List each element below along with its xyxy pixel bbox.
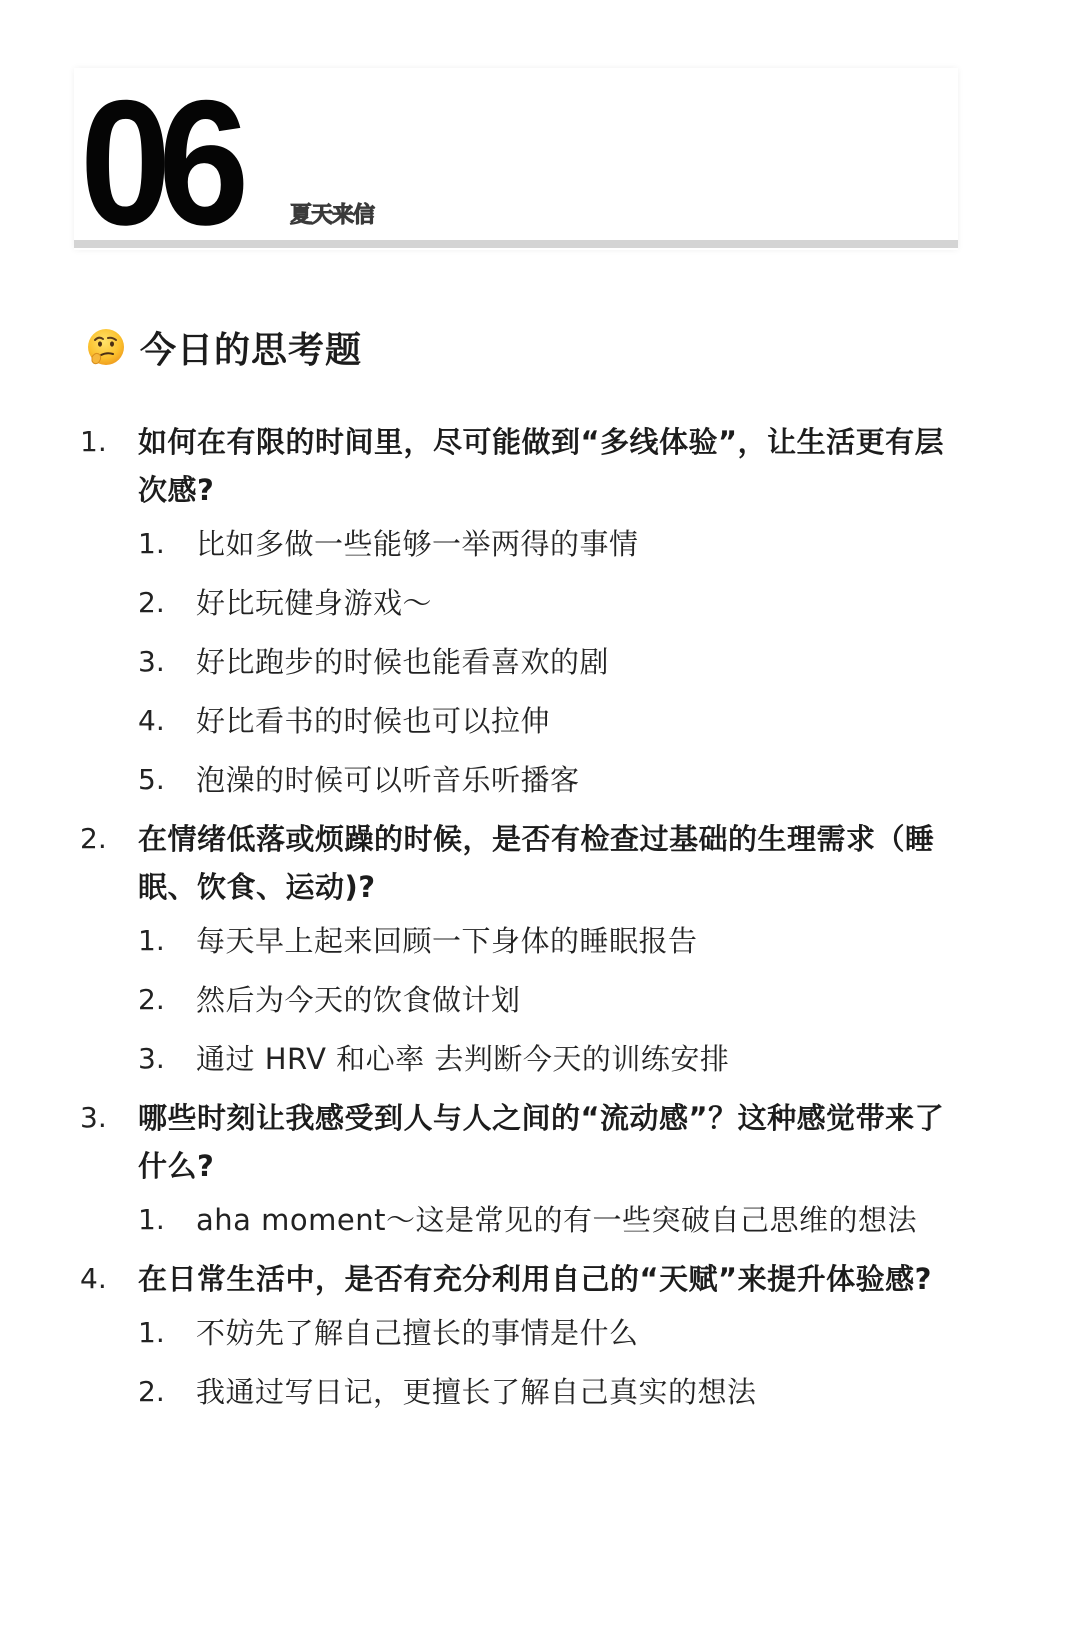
list-item-text: 我通过写日记，更擅长了解自己真实的想法 xyxy=(196,1368,960,1416)
section-heading: 今日的思考题 xyxy=(84,322,362,373)
list-item-text: 好比跑步的时候也能看喜欢的剧 xyxy=(196,638,960,686)
question-text: 在日常生活中，是否有充分利用自己的“天赋”来提升体验感? xyxy=(138,1255,960,1303)
question-block: 1. 如何在有限的时间里，尽可能做到“多线体验”，让生活更有层次感? 1.比如多… xyxy=(80,418,960,804)
question-number: 4. xyxy=(80,1255,107,1303)
list-item-number: 1. xyxy=(138,1309,165,1357)
list-item: 1.不妨先了解自己擅长的事情是什么 xyxy=(138,1309,960,1357)
list-item-text: 不妨先了解自己擅长的事情是什么 xyxy=(196,1309,960,1357)
list-item-text: 每天早上起来回顾一下身体的睡眠报告 xyxy=(196,917,960,965)
list-item-number: 2. xyxy=(138,976,165,1024)
sub-list: 1.不妨先了解自己擅长的事情是什么 2.我通过写日记，更擅长了解自己真实的想法 xyxy=(80,1309,960,1416)
question-list: 1. 如何在有限的时间里，尽可能做到“多线体验”，让生活更有层次感? 1.比如多… xyxy=(80,418,960,1427)
section-title: 今日的思考题 xyxy=(140,322,362,373)
list-item: 4.好比看书的时候也可以拉伸 xyxy=(138,697,960,745)
question-text: 哪些时刻让我感受到人与人之间的“流动感”？这种感觉带来了什么? xyxy=(138,1094,960,1190)
list-item: 3.通过 HRV 和心率 去判断今天的训练安排 xyxy=(138,1035,960,1083)
sub-list: 1.每天早上起来回顾一下身体的睡眠报告 2.然后为今天的饮食做计划 3.通过 H… xyxy=(80,917,960,1083)
list-item: 1.每天早上起来回顾一下身体的睡眠报告 xyxy=(138,917,960,965)
list-item-number: 4. xyxy=(138,697,165,745)
list-item: 2.我通过写日记，更擅长了解自己真实的想法 xyxy=(138,1368,960,1416)
list-item: 3.好比跑步的时候也能看喜欢的剧 xyxy=(138,638,960,686)
list-item: 1.比如多做一些能够一举两得的事情 xyxy=(138,520,960,568)
list-item-text: 通过 HRV 和心率 去判断今天的训练安排 xyxy=(196,1035,960,1083)
list-item: 1.aha moment～这是常见的有一些突破自己思维的想法 xyxy=(138,1196,960,1244)
question-block: 3. 哪些时刻让我感受到人与人之间的“流动感”？这种感觉带来了什么? 1.aha… xyxy=(80,1094,960,1244)
list-item-number: 1. xyxy=(138,917,165,965)
question-item: 1. 如何在有限的时间里，尽可能做到“多线体验”，让生活更有层次感? xyxy=(80,418,960,514)
list-item-number: 5. xyxy=(138,756,165,804)
sub-list: 1.比如多做一些能够一举两得的事情 2.好比玩健身游戏～ 3.好比跑步的时候也能… xyxy=(80,520,960,804)
thinking-face-icon xyxy=(84,327,126,369)
question-block: 4. 在日常生活中，是否有充分利用自己的“天赋”来提升体验感? 1.不妨先了解自… xyxy=(80,1255,960,1416)
issue-number: 06 xyxy=(80,78,236,248)
question-item: 2. 在情绪低落或烦躁的时候，是否有检查过基础的生理需求（睡眠、饮食、运动)? xyxy=(80,815,960,911)
list-item-number: 3. xyxy=(138,638,165,686)
list-item-number: 3. xyxy=(138,1035,165,1083)
list-item: 2.好比玩健身游戏～ xyxy=(138,579,960,627)
question-item: 4. 在日常生活中，是否有充分利用自己的“天赋”来提升体验感? xyxy=(80,1255,960,1303)
list-item-text: aha moment～这是常见的有一些突破自己思维的想法 xyxy=(196,1196,960,1244)
question-number: 3. xyxy=(80,1094,107,1142)
question-number: 1. xyxy=(80,418,107,466)
list-item-number: 2. xyxy=(138,579,165,627)
list-item: 2.然后为今天的饮食做计划 xyxy=(138,976,960,1024)
list-item-text: 然后为今天的饮食做计划 xyxy=(196,976,960,1024)
list-item: 5.泡澡的时候可以听音乐听播客 xyxy=(138,756,960,804)
question-item: 3. 哪些时刻让我感受到人与人之间的“流动感”？这种感觉带来了什么? xyxy=(80,1094,960,1190)
sub-list: 1.aha moment～这是常见的有一些突破自己思维的想法 xyxy=(80,1196,960,1244)
list-item-number: 2. xyxy=(138,1368,165,1416)
question-text: 如何在有限的时间里，尽可能做到“多线体验”，让生活更有层次感? xyxy=(138,418,960,514)
question-block: 2. 在情绪低落或烦躁的时候，是否有检查过基础的生理需求（睡眠、饮食、运动)? … xyxy=(80,815,960,1083)
header-divider-bar xyxy=(74,240,958,248)
list-item-text: 好比看书的时候也可以拉伸 xyxy=(196,697,960,745)
list-item-text: 比如多做一些能够一举两得的事情 xyxy=(196,520,960,568)
list-item-number: 1. xyxy=(138,1196,165,1244)
question-number: 2. xyxy=(80,815,107,863)
list-item-number: 1. xyxy=(138,520,165,568)
list-item-text: 好比玩健身游戏～ xyxy=(196,579,960,627)
list-item-text: 泡澡的时候可以听音乐听播客 xyxy=(196,756,960,804)
question-text: 在情绪低落或烦躁的时候，是否有检查过基础的生理需求（睡眠、饮食、运动)? xyxy=(138,815,960,911)
header-subtitle: 夏天来信 xyxy=(290,198,374,229)
header-card: 06 夏天来信 xyxy=(74,68,958,250)
